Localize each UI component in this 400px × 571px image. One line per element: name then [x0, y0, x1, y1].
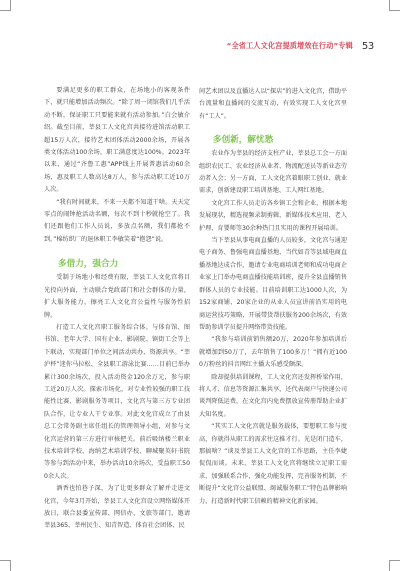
body-paragraph: “我有时间就来，不来一天都不知道干啥。天天定零点的闹钟抢活动名额，每次不到十秒就…: [44, 197, 190, 247]
crop-mark-top-right: [389, 0, 400, 11]
crop-mark-top-left: [0, 0, 11, 11]
body-paragraph: 要满足更多的职工群众，在场地小的客观条件下，就只能增加活动频次。“除了周一闭馆我…: [44, 85, 190, 197]
body-paragraph: 除却提供培训课程，工人文化宫还发挥桥梁作用，将人才、信息等资源汇集共享，还代表商…: [199, 372, 347, 422]
crop-mark-bottom-right: [389, 560, 400, 571]
body-paragraph: 农业作为莘县的经济支柱产业，莘县总工会一方面组织农民工、农业经济从业者、物流配送…: [199, 148, 347, 198]
body-paragraph: 酒香也怕巷子深，为了让更多群众了解并走进文化宫，今年3月开始，莘县工人文化宫设立…: [44, 483, 190, 533]
section-heading: 多创新，解忧愁: [199, 134, 347, 147]
body-paragraph-continued: 间艺术团以及直播达人以“探店”的进入文化宫，借助平台流量和直播间的交流互动，有效…: [199, 86, 347, 123]
section-heading: 多借力，强合力: [44, 258, 190, 271]
body-paragraph: 文化宫工作人员走访各乡镇工会和企业，根据本地发展现状，精选视频录制剪辑、新媒体技…: [199, 198, 347, 235]
body-paragraph: 受制于场地小和经费有限，莘县工人文化宫将目光投向外面，主动联合党政部门和社会群体…: [44, 272, 190, 322]
body-paragraph: 打造工人文化宫职工服务综合体。与体育馆、图书馆、老年大学、国有企业、影剧院、镇街…: [44, 322, 190, 483]
column-title: “全省工人文化宫提质增效在行动”专辑: [227, 41, 353, 51]
crop-mark-bottom-left: [0, 560, 11, 571]
right-column: 间艺术团以及直播达人以“探店”的进入文化宫，借助平台流量和直播间的交流互动，有效…: [199, 86, 347, 508]
body-paragraph: 当下莘县从事电商直播的人员较多，文化宫与通迎电子商务、鲁强电商直播基地、当代如青…: [199, 235, 347, 334]
running-head: “全省工人文化宫提质增效在行动”专辑 53: [196, 39, 374, 53]
left-column: 要满足更多的职工群众，在场地小的客观条件下，就只能增加活动频次。“除了周一闭馆我…: [44, 85, 190, 533]
body-paragraph: “我参与培训前销售额20万，2020年参加培训后就增加到50万了，去年销售了10…: [199, 334, 347, 371]
body-paragraph: “其实工人文化宫就是服务载体，要想职工参与度高，你就得从职工的需求往这推才行。光…: [199, 421, 347, 508]
page-number: 53: [362, 41, 374, 52]
